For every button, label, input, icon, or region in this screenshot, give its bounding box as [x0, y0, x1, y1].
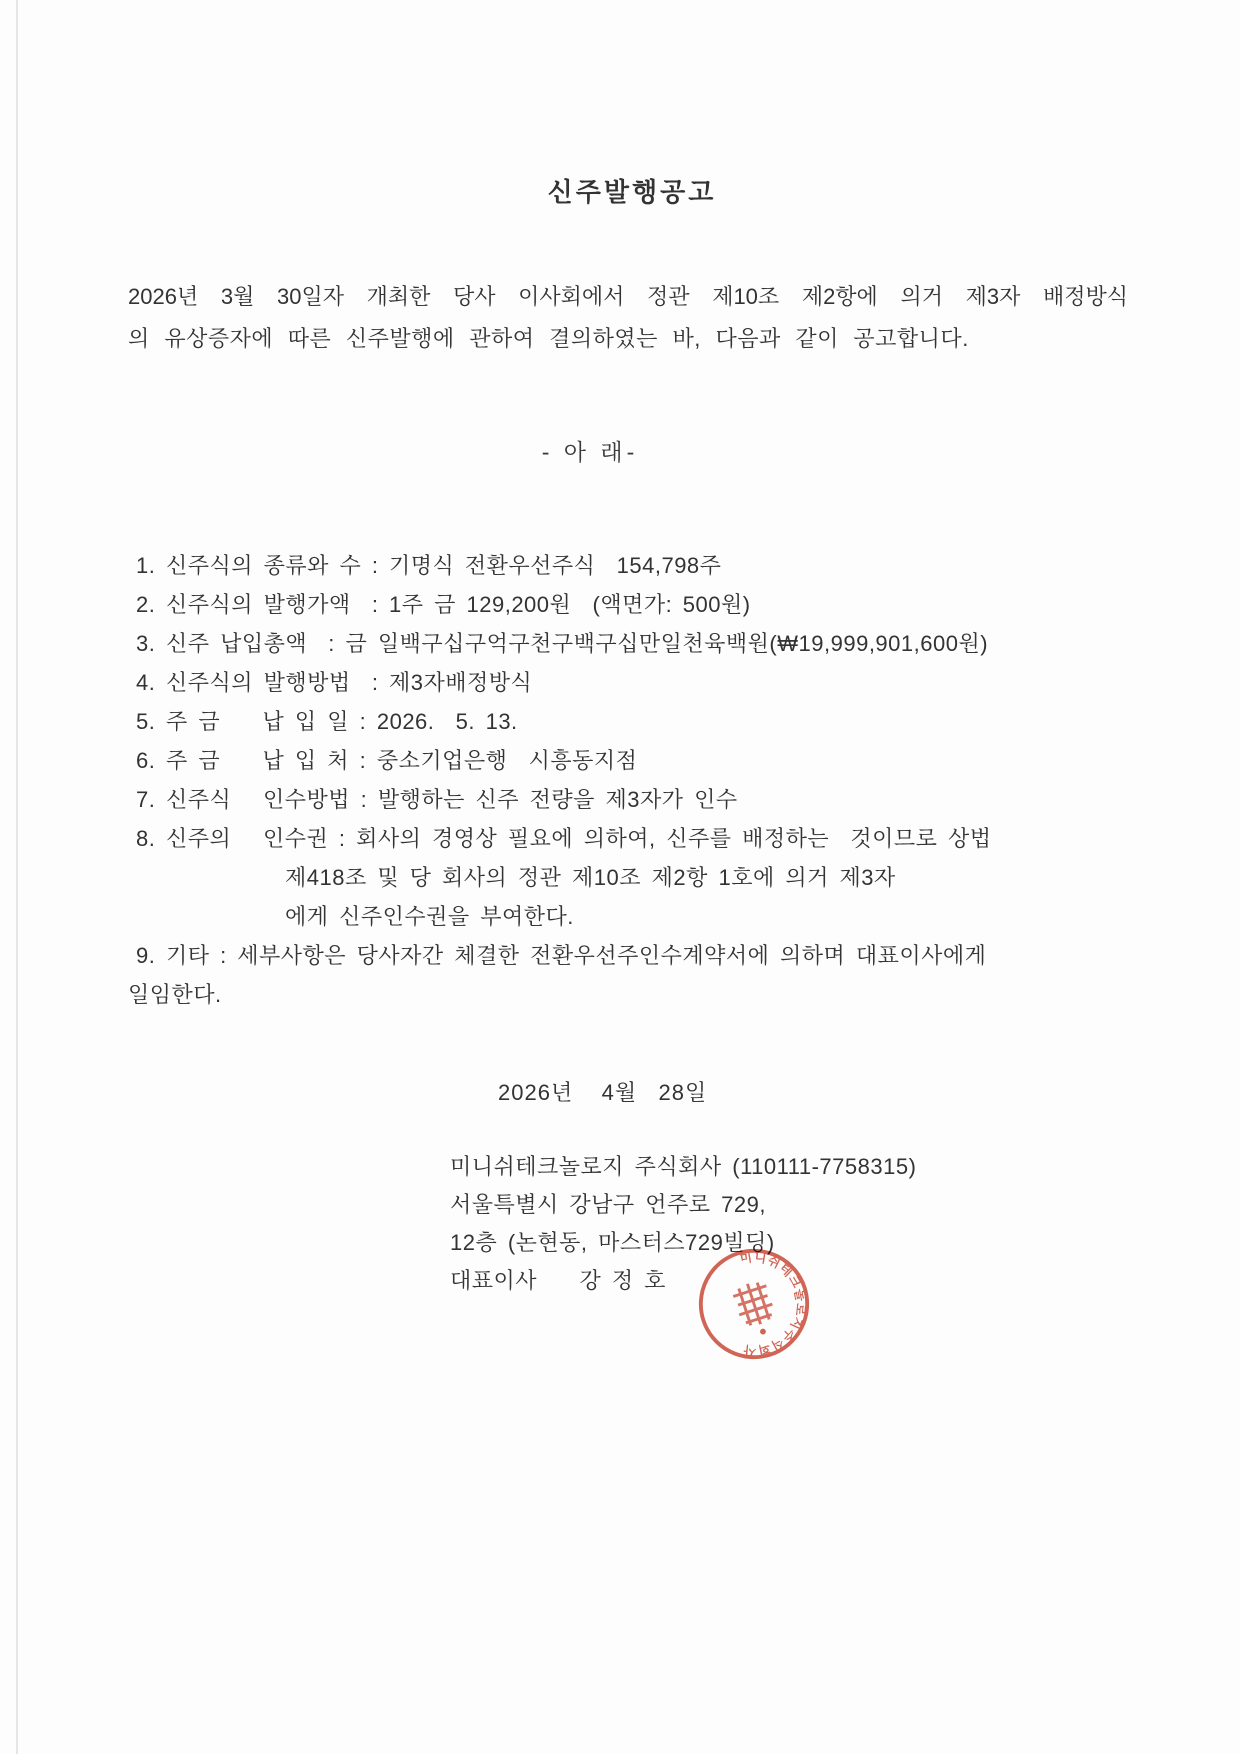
- announcement-date: 2026년 4월 28일: [498, 1076, 707, 1107]
- company-signature-block: 미니쉬테크놀로지 주식회사 (110111-7758315) 서울특별시 강남구…: [450, 1148, 916, 1300]
- list-item-continuation: 일임한다.: [128, 975, 1131, 1014]
- scan-edge-artifact: [16, 0, 18, 1754]
- list-item-continuation: 제418조 및 당 회사의 정관 제10조 제2항 1호에 의거 제3자: [136, 858, 1131, 897]
- list-item: 5. 주 금 납 입 일 : 2026. 5. 13.: [136, 702, 1131, 741]
- list-item: 2. 신주식의 발행가액 : 1주 금 129,200원 (액면가: 500원): [136, 585, 1131, 624]
- ceo-name-line: 대표이사 강 정 호: [450, 1262, 916, 1300]
- list-item: 8. 신주의 인수권 : 회사의 경영상 필요에 의하여, 신주를 배정하는 것…: [136, 819, 1131, 858]
- document-title: 신주발행공고: [12, 172, 1240, 209]
- scanned-document-page: 신주발행공고 2026년 3월 30일자 개최한 당사 이사회에서 정관 제10…: [0, 0, 1240, 1754]
- intro-line: 2026년 3월 30일자 개최한 당사 이사회에서 정관 제10조 제2항에 …: [128, 276, 1128, 318]
- list-item-continuation: 에게 신주인수권을 부여한다.: [136, 897, 1131, 936]
- list-item: 6. 주 금 납 입 처 : 중소기업은행 시흥동지점: [136, 741, 1131, 780]
- company-name: 미니쉬테크놀로지 주식회사 (110111-7758315): [450, 1148, 916, 1186]
- below-heading: - 아 래-: [0, 434, 1210, 467]
- intro-paragraph: 2026년 3월 30일자 개최한 당사 이사회에서 정관 제10조 제2항에 …: [128, 276, 1128, 360]
- intro-line: 의 유상증자에 따른 신주발행에 관하여 결의하였는 바, 다음과 같이 공고합…: [128, 318, 1128, 360]
- list-item: 3. 신주 납입총액 : 금 일백구십구억구천구백구십만일천육백원(₩19,99…: [136, 624, 1131, 663]
- list-item: 9. 기타 : 세부사항은 당사자간 체결한 전환우선주인수계약서에 의하며 대…: [136, 936, 1131, 975]
- list-item: 7. 신주식 인수방법 : 발행하는 신주 전량을 제3자가 인수: [136, 780, 1131, 819]
- list-item: 1. 신주식의 종류와 수 : 기명식 전환우선주식 154,798주: [136, 546, 1131, 585]
- company-address-line1: 서울특별시 강남구 언주로 729,: [450, 1186, 916, 1224]
- company-address-line2: 12층 (논현동, 마스터스729빌딩): [450, 1224, 916, 1262]
- list-item: 4. 신주식의 발행방법 : 제3자배정방식: [136, 663, 1131, 702]
- resolution-items-list: 1. 신주식의 종류와 수 : 기명식 전환우선주식 154,798주 2. 신…: [136, 546, 1131, 1014]
